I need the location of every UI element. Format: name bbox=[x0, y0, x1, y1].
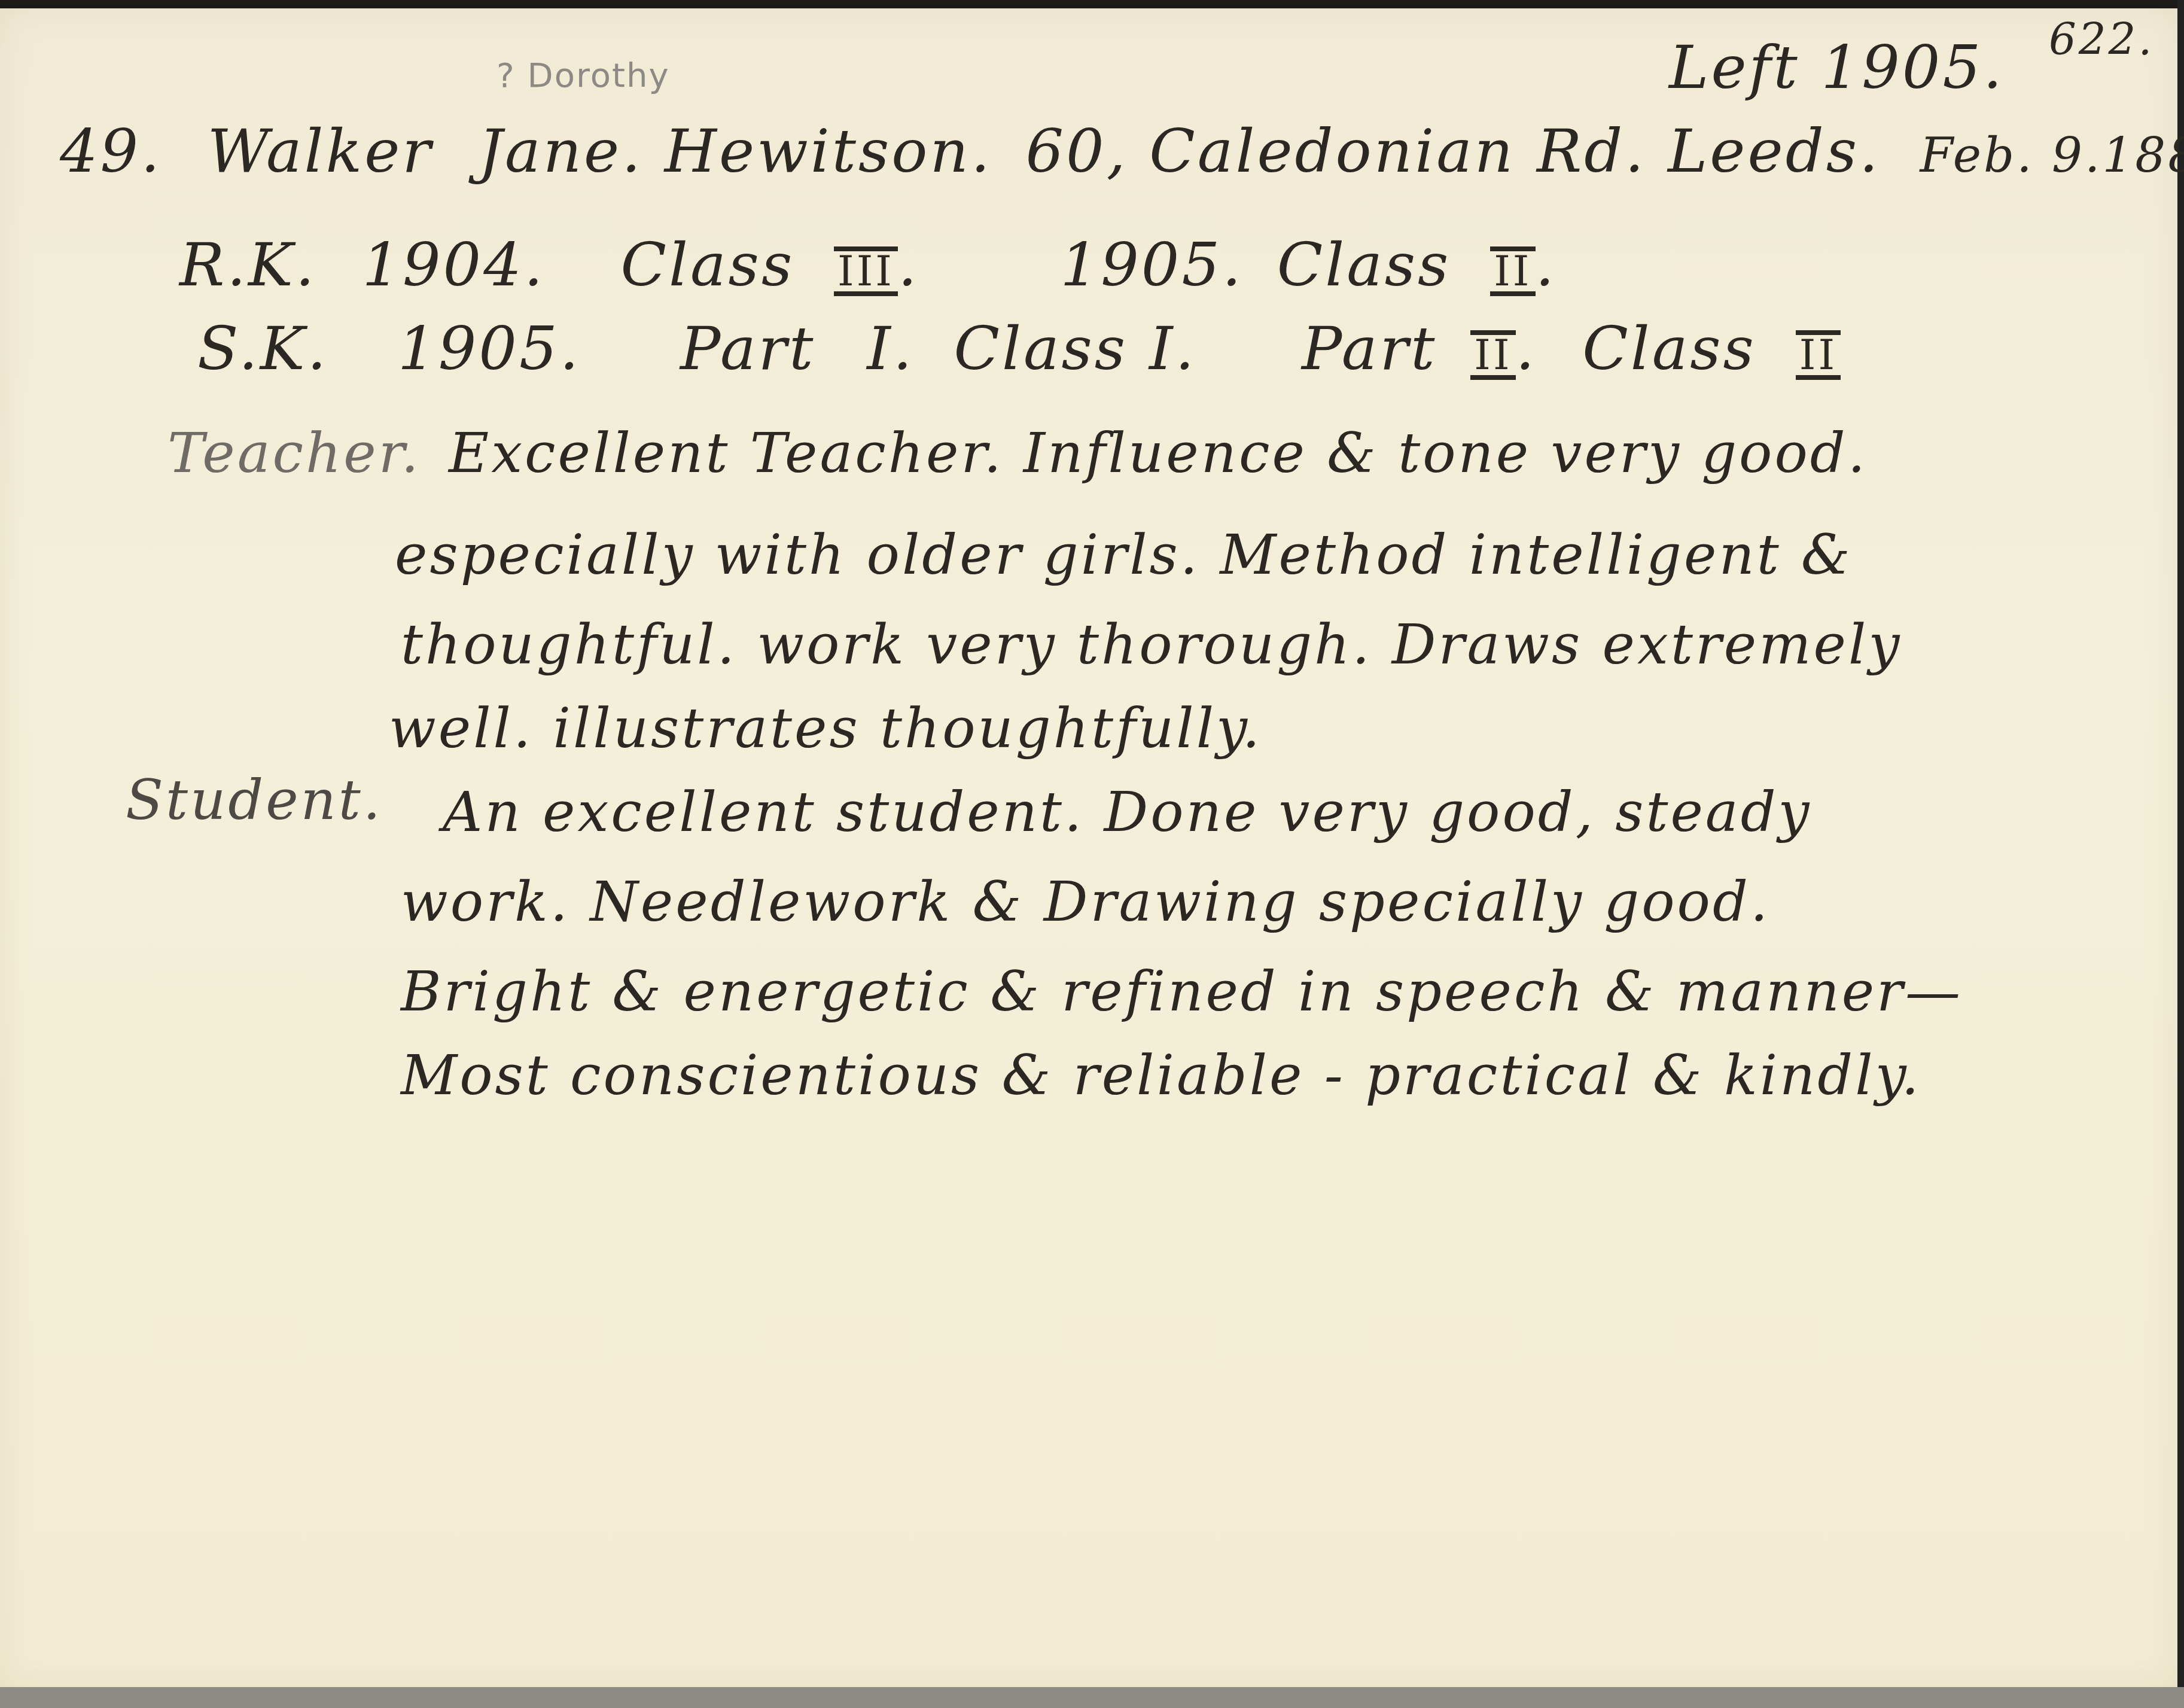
sk-class-1: I. bbox=[1149, 313, 1196, 383]
rk-line: R.K. 1904. Class III. 1905. Class II. bbox=[179, 230, 1556, 300]
entry-line: 49. Walker Jane. Hewitson. 60, Caledonia… bbox=[60, 116, 2184, 186]
student-label: Student. bbox=[126, 768, 383, 832]
rk-year-1: 1904. bbox=[362, 230, 545, 300]
rk-class-2: II bbox=[1490, 246, 1535, 296]
student-line-1: An excellent student. Done very good, st… bbox=[443, 780, 1812, 844]
rk-class-word-2: Class bbox=[1277, 230, 1451, 300]
student-line-4: Most conscientious & reliable - practica… bbox=[401, 1043, 1921, 1107]
rk-year-2: 1905. bbox=[1061, 230, 1244, 300]
entry-surname: Walker bbox=[208, 116, 433, 186]
rk-label: R.K. bbox=[179, 230, 317, 300]
rk-class-1: III bbox=[834, 246, 898, 296]
sk-label: S.K. bbox=[197, 313, 328, 383]
sk-class-word-2: Class bbox=[1582, 313, 1756, 383]
rk-class-word-1: Class bbox=[620, 230, 794, 300]
sk-year: 1905. bbox=[398, 313, 581, 383]
sk-part-word-2: Part bbox=[1302, 313, 1437, 383]
entry-middle-name: Hewitson. bbox=[665, 116, 992, 186]
scan-edge-right bbox=[2177, 0, 2184, 1708]
left-note: Left 1905. bbox=[1669, 32, 2005, 102]
sk-part-1: I. bbox=[867, 313, 914, 383]
teacher-line-2: especially with older girls. Method inte… bbox=[395, 523, 1853, 587]
student-line-3: Bright & energetic & refined in speech &… bbox=[401, 960, 1963, 1024]
pencil-annotation: ? Dorothy bbox=[496, 56, 670, 95]
sk-line: S.K. 1905. Part I. Class I. Part II. Cla… bbox=[197, 313, 1841, 383]
teacher-line-1: Excellent Teacher. Influence & tone very… bbox=[449, 421, 1868, 485]
scan-edge-bottom bbox=[0, 1687, 2184, 1708]
card-number: 622. bbox=[2049, 14, 2154, 65]
sk-class-word-1: Class bbox=[954, 313, 1128, 383]
entry-number: 49. bbox=[60, 116, 162, 186]
sk-part-2: II bbox=[1470, 330, 1515, 380]
sk-class-2: II bbox=[1796, 330, 1841, 380]
sk-part-word-1: Part bbox=[680, 313, 815, 383]
teacher-line-4: well. illustrates thoughtfully. bbox=[389, 696, 1262, 760]
teacher-line-3: thoughtful. work very thorough. Draws ex… bbox=[401, 613, 1902, 677]
entry-address: 60, Caledonian Rd. Leeds. bbox=[1025, 116, 1880, 186]
teacher-label: Teacher. bbox=[167, 421, 421, 485]
entry-forenames: Jane. bbox=[479, 116, 643, 186]
student-line-2: work. Needlework & Drawing specially goo… bbox=[401, 870, 1770, 934]
record-card: Left 1905. 622. ? Dorothy 49. Walker Jan… bbox=[0, 8, 2177, 1687]
entry-dob: Feb. 9.1883. bbox=[1920, 127, 2184, 183]
